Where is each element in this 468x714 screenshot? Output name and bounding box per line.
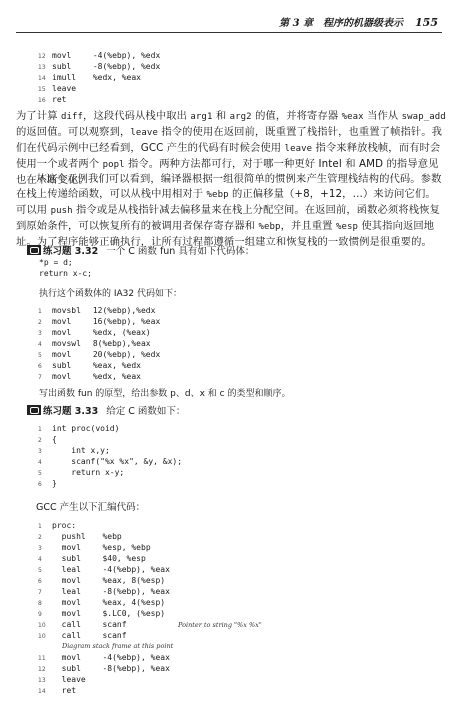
inline-code: %eax — [342, 112, 364, 122]
running-head: 第 3 章程序的机器级表示155 — [279, 14, 438, 29]
asm-intro: 执行这个函数体的 IA32 代码如下： — [39, 286, 182, 299]
c-code-line: *p = d; — [39, 257, 73, 268]
opcode: subl — [62, 663, 98, 674]
opcode: subl — [62, 553, 98, 564]
line-number: 14 — [38, 686, 52, 697]
exercise-label: 练习题 3.33 — [43, 406, 98, 417]
asm-intro: GCC 产生以下汇编代码： — [36, 499, 145, 513]
inline-code: leave — [285, 144, 313, 154]
operands: %edx, %eax — [93, 372, 141, 381]
opcode: subl — [52, 360, 88, 371]
operands: %eax, 8(%esp) — [102, 576, 165, 585]
operands: -4(%ebp), %edx — [93, 51, 160, 60]
text: 的返回值。可以观察到， — [16, 126, 130, 138]
code-text: scanf("%x %x", &y, &x); — [52, 457, 182, 466]
asm-comment: Pointer to string "%x %x" — [178, 621, 262, 629]
inline-code: %esp — [336, 222, 358, 232]
opcode: movl — [62, 542, 98, 553]
text: 当作从 — [364, 110, 402, 122]
operands: -8(%ebp), %eax — [102, 664, 169, 673]
line-number: 16 — [38, 95, 52, 106]
inline-code: %ebp — [207, 190, 229, 200]
opcode: leal — [62, 586, 98, 597]
line-number: 10 — [38, 631, 52, 642]
exercise-3-33-title: 练习题 3.33给定 C 函数如下： — [27, 403, 185, 417]
operands: %esp, %ebp — [102, 543, 150, 552]
opcode: imull — [52, 72, 88, 83]
text: ，这段代码从栈中取出 — [83, 110, 190, 122]
text: 为了计算 — [16, 110, 61, 122]
exercise-question: 写出函数 fun 的原型，给出参数 p、d、x 和 c 的类型和顺序。 — [39, 386, 290, 399]
opcode: leave — [62, 674, 98, 685]
code-line: 16ret — [38, 94, 93, 106]
opcode: movl — [52, 316, 88, 327]
operands: $.LC0, (%esp) — [102, 609, 165, 618]
operands: %eax, %edx — [93, 361, 141, 370]
inline-code: arg1 — [190, 112, 212, 122]
inline-code: popl — [103, 160, 125, 170]
code-line: 14 ret — [38, 685, 102, 697]
opcode: movl — [62, 575, 98, 586]
operands: %edx, (%eax) — [93, 328, 151, 337]
code-text: { — [52, 435, 57, 444]
operands: %eax, 4(%esp) — [102, 598, 165, 607]
exercise-prompt: 一个 C 函数 fun 具有如下代码体： — [106, 246, 254, 257]
inline-code: swap_add — [402, 112, 446, 122]
opcode: movl — [62, 597, 98, 608]
opcode: ret — [52, 94, 88, 105]
opcode: subl — [52, 61, 88, 72]
page-number: 155 — [415, 16, 438, 29]
opcode: movsbl — [52, 305, 88, 316]
operands: -8(%ebp), %eax — [102, 587, 169, 596]
operands: 12(%ebp),%edx — [93, 306, 156, 315]
line-number: 7 — [38, 372, 52, 383]
opcode: movl — [62, 608, 98, 619]
exercise-icon — [27, 245, 41, 255]
chapter-number: 第 3 章 — [279, 18, 313, 29]
text: 的值，并将寄存器 — [252, 110, 342, 122]
stack-frame-comment: Diagram stack frame at this point — [62, 642, 173, 650]
opcode: leal — [62, 564, 98, 575]
inline-code: diff — [61, 112, 83, 122]
opcode: movl — [52, 327, 88, 338]
opcode: ret — [62, 685, 98, 696]
inline-code: %ebp — [259, 222, 281, 232]
opcode: call — [62, 619, 98, 630]
asm-label: proc: — [52, 521, 76, 530]
code-text: int x,y; — [52, 446, 110, 455]
operands: %edx, %eax — [93, 73, 141, 82]
operands: 8(%ebp),%eax — [93, 339, 151, 348]
c-code-line: return x-c; — [39, 268, 92, 279]
code-text: int proc(void) — [52, 424, 119, 433]
opcode: movl — [62, 652, 98, 663]
code-line: 7movl %edx, %eax — [38, 371, 141, 383]
opcode: leave — [52, 83, 88, 94]
paragraph-stack-conventions: 从这个示例我们可以看到，编译器根据一组很简单的惯例来产生管理栈结构的代码。参数在… — [16, 172, 446, 250]
text: 和 — [212, 110, 229, 122]
line-number: 6 — [38, 479, 52, 490]
inline-code: arg2 — [230, 112, 252, 122]
exercise-3-32-title: 练习题 3.32一个 C 函数 fun 具有如下代码体： — [27, 243, 254, 257]
operands: -4(%ebp), %eax — [102, 565, 169, 574]
opcode: movl — [52, 349, 88, 360]
operands: scanf — [102, 631, 126, 640]
exercise-label: 练习题 3.32 — [43, 246, 98, 257]
opcode: movl — [52, 371, 88, 382]
opcode: call — [62, 630, 98, 641]
code-line: 10 call scanf — [38, 630, 127, 642]
text: ，并且重置 — [281, 220, 336, 232]
opcode: pushl — [62, 531, 98, 542]
operands: -4(%ebp), %eax — [102, 653, 169, 662]
inline-code: leave — [130, 128, 158, 138]
page-header: 第 3 章程序的机器级表示155 — [16, 14, 442, 33]
code-text: return x-y; — [52, 468, 124, 477]
operands: 16(%ebp), %eax — [93, 317, 160, 326]
code-line: 6} — [38, 478, 57, 490]
chapter-title: 程序的机器级表示 — [323, 18, 403, 29]
operands: scanf — [102, 620, 126, 629]
operands: $40, %esp — [102, 554, 145, 563]
inline-code: push — [51, 206, 73, 216]
exercise-icon — [27, 405, 41, 415]
opcode: movl — [52, 50, 88, 61]
opcode: movswl — [52, 338, 88, 349]
exercise-prompt: 给定 C 函数如下： — [106, 406, 185, 417]
operands: -8(%ebp), %edx — [93, 62, 160, 71]
operands: 20(%ebp), %edx — [93, 350, 160, 359]
operands: %ebp — [102, 532, 121, 541]
code-text: } — [52, 479, 57, 488]
